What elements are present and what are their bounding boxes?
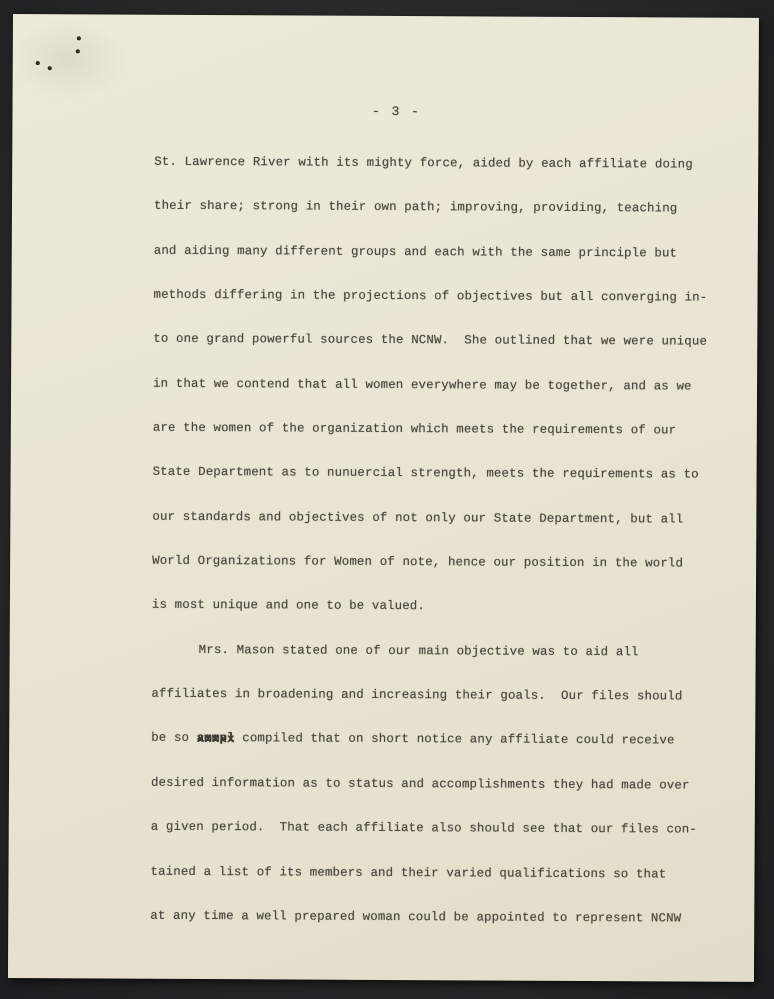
page-number: - 3 - [12, 102, 758, 121]
typed-text: is most unique and one to be valued. [152, 598, 425, 613]
typed-line: a given period. That each affiliate also… [151, 819, 711, 866]
typed-text: compiled that on short notice any affili… [235, 732, 675, 748]
typed-lines: St. Lawrence River with its mighty force… [150, 154, 714, 955]
typed-text: be so [151, 731, 197, 745]
typed-text: State Department as to nunuercial streng… [153, 465, 699, 482]
staple-hole [48, 66, 52, 70]
typed-text: a given period. That each affiliate also… [151, 820, 697, 837]
corner-crease-shade [13, 14, 133, 105]
typed-text: methods differing in the projections of … [153, 288, 707, 305]
typed-text: their share; strong in their own path; i… [154, 199, 677, 216]
staple-hole [76, 49, 80, 53]
document-page: - 3 - St. Lawrence River with its mighty… [8, 14, 759, 982]
typed-text: and aiding many different groups and eac… [154, 243, 677, 260]
typed-line: and aiding many different groups and eac… [154, 242, 714, 289]
typed-line: are the women of the organization which … [153, 420, 713, 467]
typed-text: our standards and objectives of not only… [152, 509, 683, 526]
typed-line: desired information as to status and acc… [151, 775, 711, 822]
typed-line: their share; strong in their own path; i… [154, 198, 714, 245]
typed-text: at any time a well prepared woman could … [150, 909, 681, 926]
typed-line: at any time a well prepared woman could … [150, 908, 710, 955]
typed-text: St. Lawrence River with its mighty force… [154, 155, 693, 172]
typed-line: State Department as to nunuercial streng… [152, 464, 712, 511]
typed-line: our standards and objectives of not only… [152, 508, 712, 555]
typed-line: tained a list of its members and their v… [150, 863, 710, 910]
typed-text: affiliates in broadening and increasing … [151, 687, 682, 704]
typed-line: is most unique and one to be valued. [152, 597, 712, 644]
typed-text: desired information as to status and acc… [151, 776, 690, 793]
typed-text: tained a list of its members and their v… [150, 864, 666, 881]
typed-line: St. Lawrence River with its mighty force… [154, 154, 714, 201]
staple-hole [77, 36, 81, 40]
typed-text: to one grand powerful sources the NCNW. … [153, 332, 707, 349]
typed-line: to one grand powerful sources the NCNW. … [153, 331, 713, 378]
typed-text: are the women of the organization which … [153, 421, 676, 438]
struck-out-word: ammpl [197, 730, 235, 747]
typed-line: be so ammpl compiled that on short notic… [151, 730, 711, 777]
typed-line: methods differing in the projections of … [153, 287, 713, 334]
typed-text: Mrs. Mason stated one of our main object… [199, 643, 639, 659]
typed-line: World Organizations for Women of note, h… [152, 553, 712, 600]
typed-line: in that we contend that all women everyw… [153, 375, 713, 422]
staple-hole [36, 61, 40, 65]
typed-line: affiliates in broadening and increasing … [151, 686, 711, 733]
typed-text: World Organizations for Women of note, h… [152, 554, 683, 571]
typed-text: in that we contend that all women everyw… [153, 376, 692, 393]
typed-line: Mrs. Mason stated one of our main object… [151, 642, 711, 689]
